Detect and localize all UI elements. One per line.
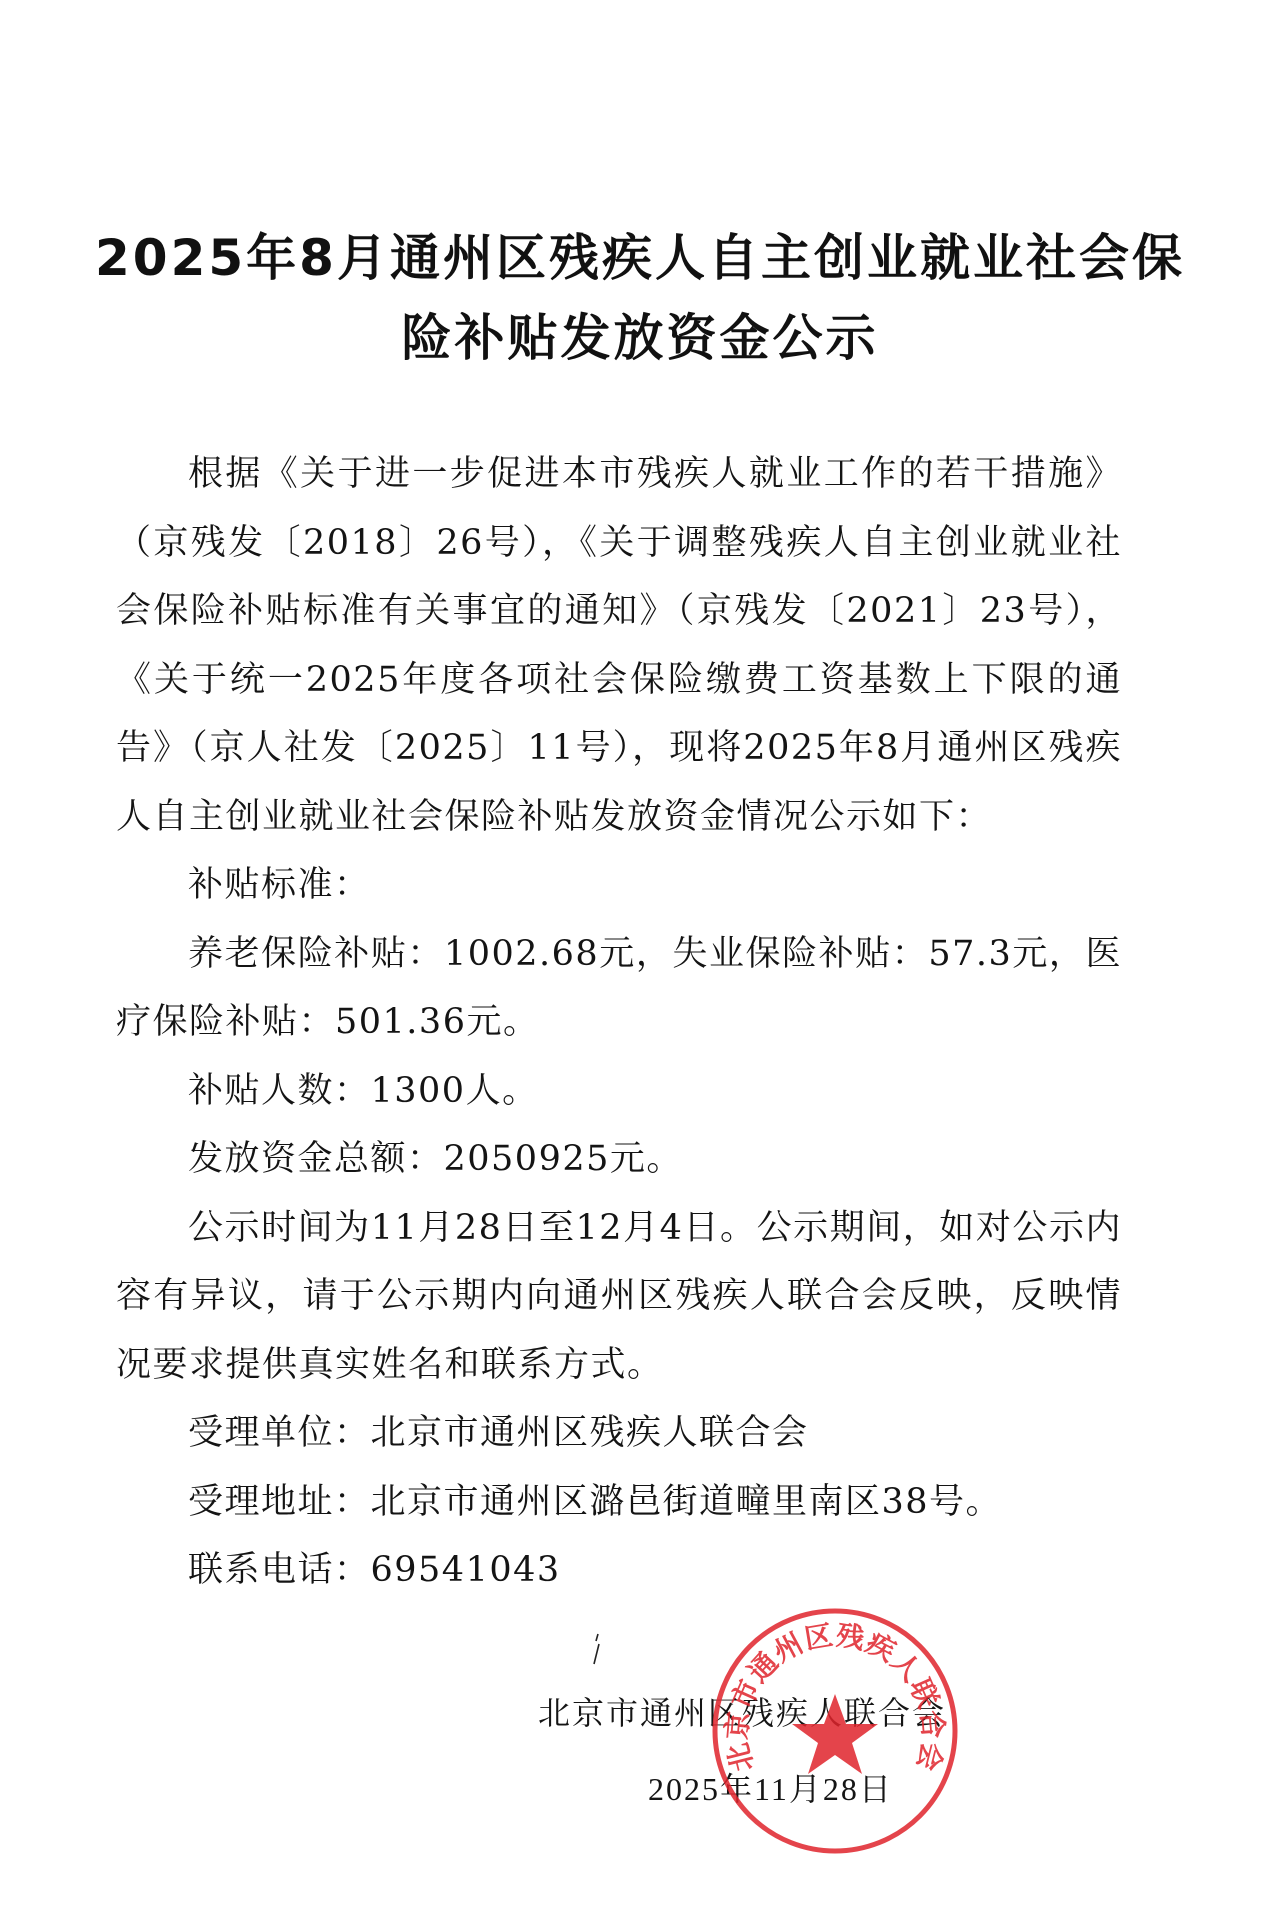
document-title-line-2: 险补贴发放资金公示 xyxy=(0,308,1280,368)
subsidy-standard-heading: 补贴标准： xyxy=(116,851,1122,920)
document-body: 根据《关于进一步促进本市残疾人就业工作的若干措施》（京残发〔2018〕26号），… xyxy=(116,440,1122,1605)
subsidy-total-amount: 发放资金总额：2050925元。 xyxy=(116,1125,1122,1194)
subsidy-standard-detail: 养老保险补贴：1002.68元，失业保险补贴：57.3元，医疗保险补贴：501.… xyxy=(116,920,1122,1057)
document-title-line-1: 2025年8月通州区残疾人自主创业就业社会保 xyxy=(0,228,1280,288)
contact-phone: 联系电话：69541043 xyxy=(116,1536,1122,1605)
notice-period-paragraph: 公示时间为11月28日至12月4日。公示期间，如对公示内容有异议，请于公示期内向… xyxy=(116,1194,1122,1400)
subsidy-recipients: 补贴人数：1300人。 xyxy=(116,1057,1122,1126)
handling-address: 受理地址：北京市通州区潞邑街道疃里南区38号。 xyxy=(116,1468,1122,1537)
intro-paragraph: 根据《关于进一步促进本市残疾人就业工作的若干措施》（京残发〔2018〕26号），… xyxy=(116,440,1122,851)
pen-mark-icon xyxy=(592,1632,602,1666)
handling-unit: 受理单位：北京市通州区残疾人联合会 xyxy=(116,1399,1122,1468)
star-icon xyxy=(792,1694,878,1774)
official-seal-icon: 北京市通州区残疾人联合会 xyxy=(710,1606,960,1856)
